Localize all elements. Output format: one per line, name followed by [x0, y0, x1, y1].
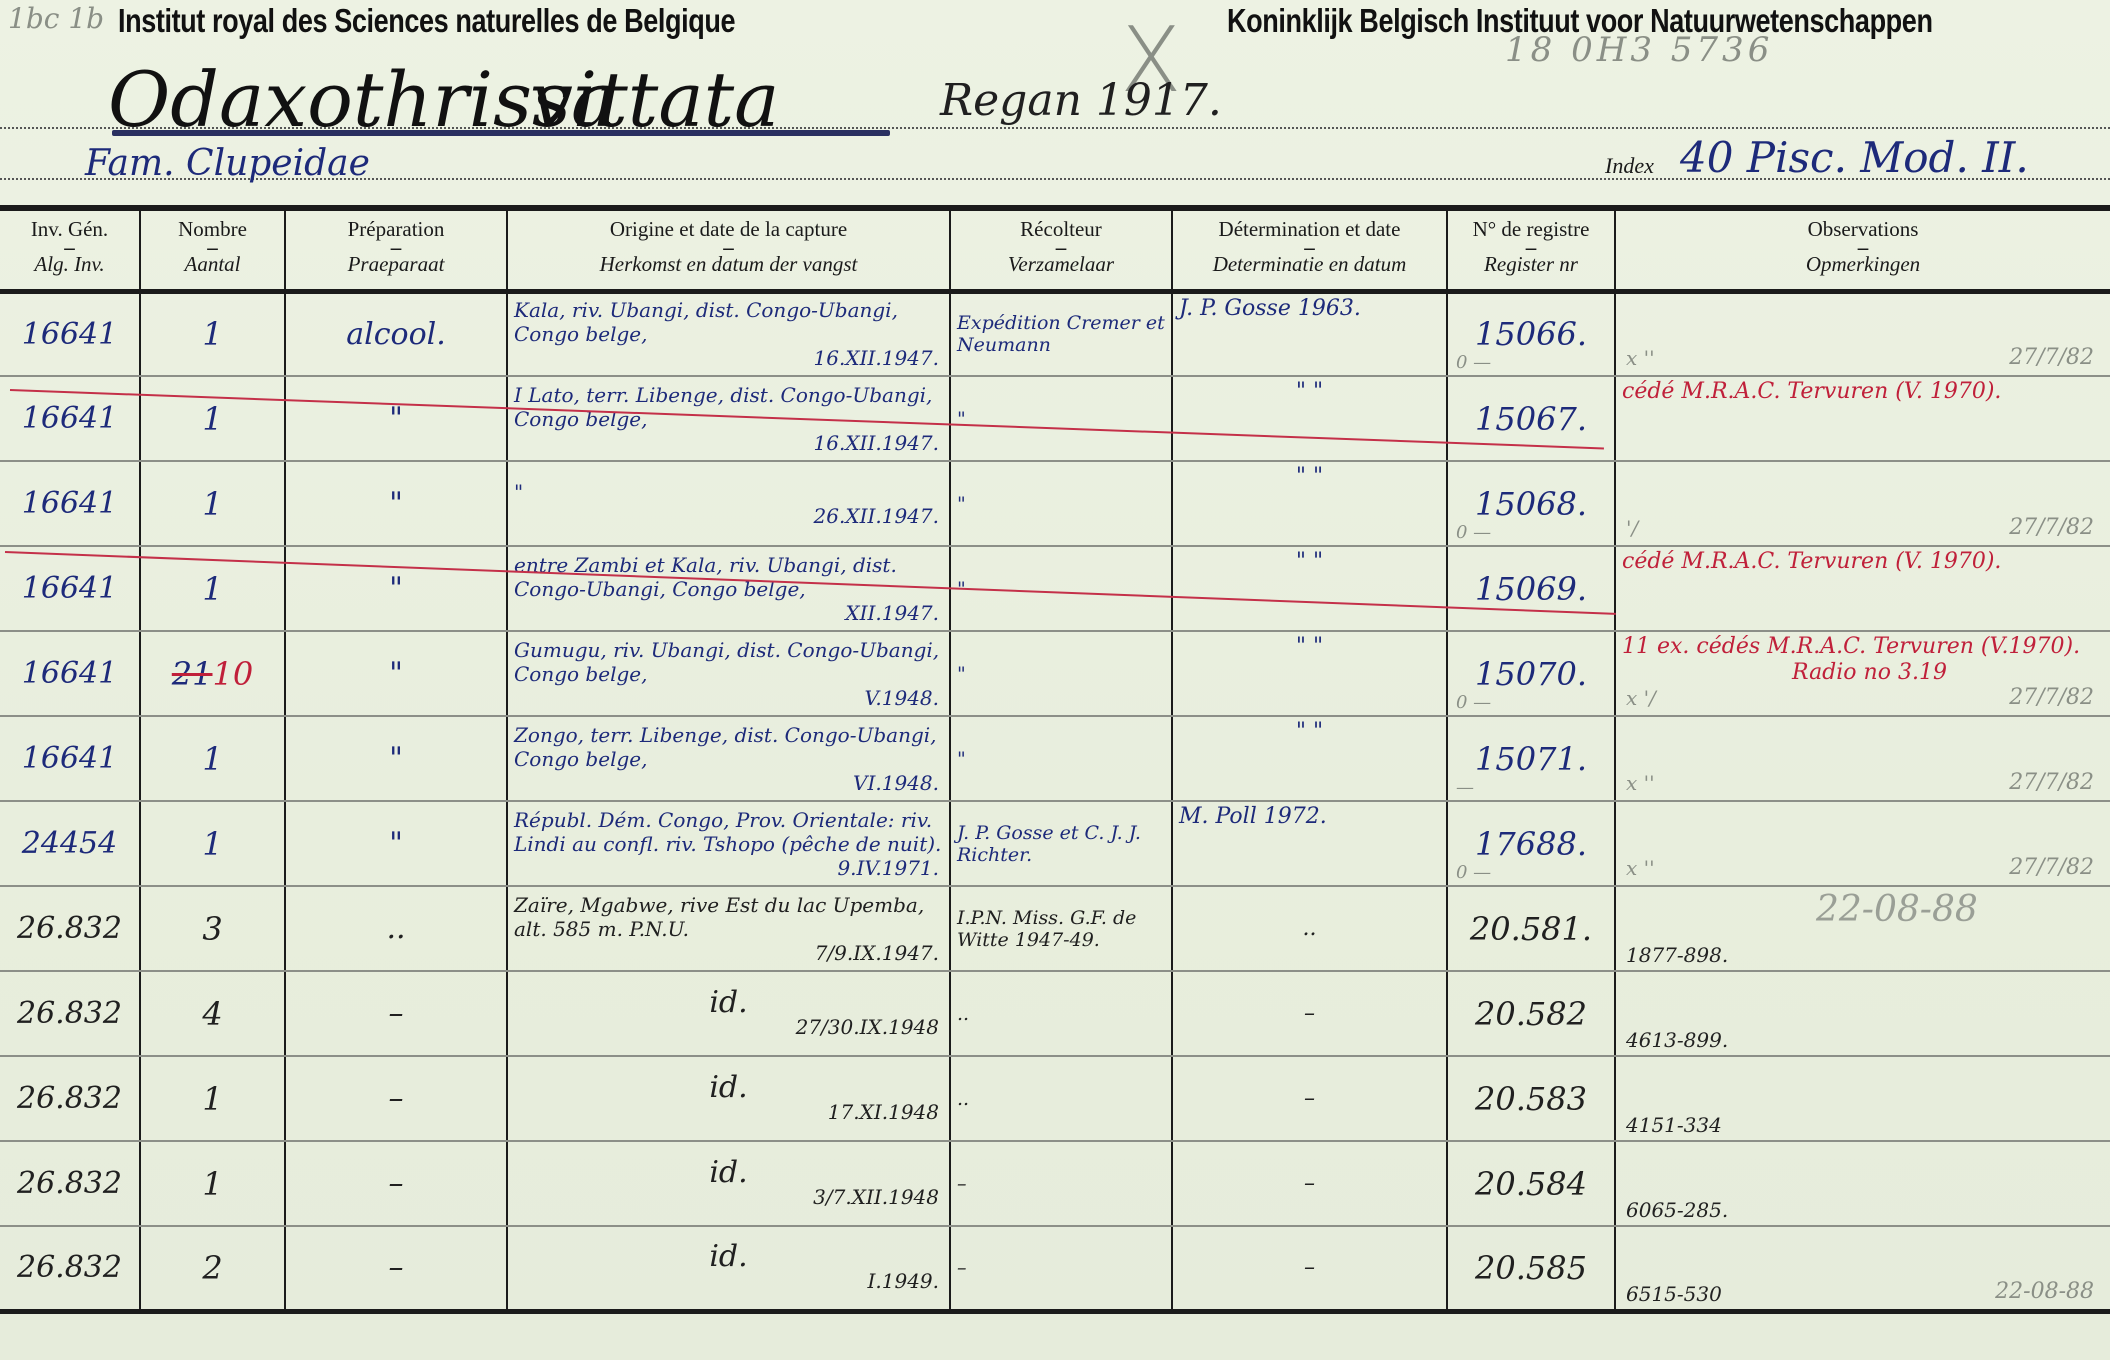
table-row: 26.8324–id.27/30.IX.1948..–20.5824613-89…	[0, 971, 2110, 1056]
observation-red-note: cédé M.R.A.C. Tervuren (V. 1970).	[1622, 549, 2104, 575]
determination: –	[1304, 1255, 1315, 1280]
header-dash: –	[1175, 242, 1444, 252]
determination: J. P. Gosse 1963.	[1179, 296, 1361, 321]
count-corrected: 10	[213, 655, 254, 693]
header-dash: –	[143, 242, 282, 252]
determination: M. Poll 1972.	[1179, 804, 1327, 829]
observation-code: 1877-898.	[1626, 942, 1728, 968]
register-number: 20.581.	[1470, 910, 1592, 948]
header-dash: –	[1618, 242, 2108, 252]
preparation: –	[389, 1250, 404, 1285]
count-cell: 1	[140, 1141, 285, 1226]
table-row: 166411"Zongo, terr. Libenge, dist. Congo…	[0, 716, 2110, 801]
column-label-nl: Verzamelaar	[953, 252, 1169, 277]
corner-pencil-note: 1bc 1b	[8, 6, 104, 32]
observation-code: 4613-899.	[1626, 1027, 1728, 1053]
origin-location: Républ. Dém. Congo, Prov. Orientale: riv…	[514, 808, 943, 856]
origin-location: I Lato, terr. Libenge, dist. Congo-Ubang…	[514, 383, 943, 431]
origin-cell: entre Zambi et Kala, riv. Ubangi, dist. …	[507, 546, 950, 631]
column-label-nl: Praeparaat	[288, 252, 504, 277]
preparation-cell: ..	[285, 886, 507, 971]
count-value: 4	[202, 995, 222, 1033]
capture-date: 16.XII.1947.	[514, 346, 943, 370]
count-cell: 1	[140, 1056, 285, 1141]
observation-code: 6515-530	[1626, 1281, 1722, 1307]
collector: "	[957, 748, 966, 770]
origin-cell: id.17.XI.1948	[507, 1056, 950, 1141]
collector-cell: I.P.N. Miss. G.F. de Witte 1947-49.	[950, 886, 1172, 971]
determination: " "	[1296, 464, 1323, 489]
origin-cell: I Lato, terr. Libenge, dist. Congo-Ubang…	[507, 376, 950, 461]
count-original: 21	[172, 655, 213, 693]
origin-location: id.	[514, 1243, 943, 1269]
origin-cell: Gumugu, riv. Ubangi, dist. Congo-Ubangi,…	[507, 631, 950, 716]
inv-number: 26.832	[17, 911, 122, 946]
family-name: Fam. Clupeidae	[85, 143, 370, 184]
collector: –	[957, 1173, 967, 1195]
inv-number-cell: 26.832	[0, 886, 140, 971]
origin-location: Kala, riv. Ubangi, dist. Congo-Ubangi, C…	[514, 298, 943, 346]
inv-number-cell: 16641	[0, 291, 140, 376]
register-number: 15068.	[1475, 485, 1587, 523]
register-number: 15067.	[1475, 400, 1587, 438]
origin-cell: Républ. Dém. Congo, Prov. Orientale: riv…	[507, 801, 950, 886]
preparation-cell: "	[285, 716, 507, 801]
origin-cell: Zongo, terr. Libenge, dist. Congo-Ubangi…	[507, 716, 950, 801]
institute-name-french: Institut royal des Sciences naturelles d…	[118, 2, 735, 40]
count-cell: 1	[140, 291, 285, 376]
inv-number-cell: 16641	[0, 461, 140, 546]
capture-date: 26.XII.1947.	[514, 504, 943, 528]
count-value: 1	[202, 485, 222, 523]
register-cell: 15071.—	[1447, 716, 1615, 801]
determination-cell: " "	[1172, 631, 1447, 716]
preparation: "	[389, 401, 403, 436]
header-dash: –	[288, 242, 504, 252]
register-cell: 20.581.	[1447, 886, 1615, 971]
inv-number: 26.832	[17, 996, 122, 1031]
register-number: 17688.	[1475, 825, 1587, 863]
preparation-cell: –	[285, 971, 507, 1056]
observation-code: 4151-334	[1626, 1112, 1722, 1138]
origin-cell: id.3/7.XII.1948	[507, 1141, 950, 1226]
register-number: 15071.	[1475, 740, 1587, 778]
column-header: Observations–Opmerkingen	[1615, 211, 2110, 291]
column-label-nl: Determinatie en datum	[1175, 252, 1444, 277]
collector-cell: –	[950, 1141, 1172, 1226]
capture-date: 16.XII.1947.	[514, 431, 943, 455]
observations-cell: 4151-334	[1615, 1056, 2110, 1141]
origin-location: entre Zambi et Kala, riv. Ubangi, dist. …	[514, 553, 943, 601]
capture-date: XII.1947.	[514, 601, 943, 625]
origin-location: id.	[514, 1074, 943, 1100]
table-row: 26.8322–id.I.1949.––20.5856515-53022-08-…	[0, 1226, 2110, 1311]
observations-cell: 4613-899.	[1615, 971, 2110, 1056]
species-name-row: Odaxothrissa vittata Regan 1917. Index 4…	[0, 55, 2110, 135]
count-cell: 1	[140, 461, 285, 546]
table-row: 166411alcool.Kala, riv. Ubangi, dist. Co…	[0, 291, 2110, 376]
determination: " "	[1296, 634, 1323, 659]
collector-cell: ..	[950, 1056, 1172, 1141]
inv-number: 24454	[22, 826, 117, 861]
origin-cell: id.27/30.IX.1948	[507, 971, 950, 1056]
inv-number-cell: 16641	[0, 546, 140, 631]
origin-cell: Kala, riv. Ubangi, dist. Congo-Ubangi, C…	[507, 291, 950, 376]
observation-check-date: 27/7/82	[2009, 855, 2094, 881]
observation-pencil-date: 22-08-88	[1816, 897, 1978, 923]
column-label-nl: Opmerkingen	[1618, 252, 2108, 277]
observations-cell: 1877-898.22-08-88	[1615, 886, 2110, 971]
inv-number: 26.832	[17, 1250, 122, 1285]
observation-check-date: 27/7/82	[2009, 515, 2094, 541]
register-cell: 15068.0 —	[1447, 461, 1615, 546]
observation-check-date: 27/7/82	[2009, 345, 2094, 371]
register-cell: 20.584	[1447, 1141, 1615, 1226]
determination-cell: M. Poll 1972.	[1172, 801, 1447, 886]
collector: I.P.N. Miss. G.F. de Witte 1947-49.	[957, 907, 1136, 951]
inv-number-cell: 26.832	[0, 1226, 140, 1311]
table-row: 166412110"Gumugu, riv. Ubangi, dist. Con…	[0, 631, 2110, 716]
collector: ..	[957, 1088, 969, 1110]
table-row: 244541"Républ. Dém. Congo, Prov. Orienta…	[0, 801, 2110, 886]
inv-number: 26.832	[17, 1166, 122, 1201]
collector: "	[957, 408, 966, 430]
count-value: 3	[202, 910, 222, 948]
collector-cell: "	[950, 376, 1172, 461]
observations-cell: x ''27/7/82	[1615, 716, 2110, 801]
inv-number: 16641	[22, 741, 117, 776]
observations-cell: x ''27/7/82	[1615, 291, 2110, 376]
determination-cell: " "	[1172, 546, 1447, 631]
register-pencil-mark: 0 —	[1456, 692, 1491, 713]
determination-cell: –	[1172, 971, 1447, 1056]
determination: –	[1304, 1086, 1315, 1111]
observations-cell: cédé M.R.A.C. Tervuren (V. 1970).	[1615, 546, 2110, 631]
observation-check-date: 27/7/82	[2009, 770, 2094, 796]
observation-radio-note: Radio no 3.19	[1622, 660, 2104, 686]
preparation-cell: "	[285, 546, 507, 631]
preparation: "	[389, 656, 403, 691]
register-cell: 15066.0 —	[1447, 291, 1615, 376]
register-number: 15069.	[1475, 570, 1587, 608]
count-value: 1	[202, 400, 222, 438]
observations-cell: '/27/7/82	[1615, 461, 2110, 546]
count-cell: 2110	[140, 631, 285, 716]
determination: " "	[1296, 719, 1323, 744]
determination: –	[1304, 1171, 1315, 1196]
preparation-cell: "	[285, 461, 507, 546]
determination-cell: J. P. Gosse 1963.	[1172, 291, 1447, 376]
preparation: ..	[386, 911, 405, 946]
inv-number: 26.832	[17, 1081, 122, 1116]
preparation: –	[389, 996, 404, 1031]
preparation-cell: "	[285, 631, 507, 716]
inv-number-cell: 26.832	[0, 1056, 140, 1141]
determination-cell: " "	[1172, 376, 1447, 461]
specimen-register-table: Inv. Gén.–Alg. Inv.Nombre–AantalPréparat…	[0, 211, 2110, 1314]
observations-cell: x ''27/7/82	[1615, 801, 2110, 886]
collector: "	[957, 663, 966, 685]
preparation: "	[389, 741, 403, 776]
preparation-cell: –	[285, 1056, 507, 1141]
preparation: –	[389, 1166, 404, 1201]
column-header: Inv. Gén.–Alg. Inv.	[0, 211, 140, 291]
inv-number-cell: 16641	[0, 716, 140, 801]
register-cell: 17688.0 —	[1447, 801, 1615, 886]
count-value: 1	[202, 570, 222, 608]
column-header: Origine et date de la capture–Herkomst e…	[507, 211, 950, 291]
register-pencil-mark: 0 —	[1456, 862, 1491, 883]
observations-cell: 6515-53022-08-88	[1615, 1226, 2110, 1311]
preparation: alcool.	[346, 317, 446, 352]
inv-number: 16641	[22, 571, 117, 606]
observation-check-mark: x ''	[1626, 855, 1655, 881]
column-label-nl: Register nr	[1450, 252, 1612, 277]
observations-cell: cédé M.R.A.C. Tervuren (V. 1970).	[1615, 376, 2110, 461]
collector-cell: –	[950, 1226, 1172, 1311]
collector-cell: "	[950, 631, 1172, 716]
register-number: 20.582	[1475, 995, 1587, 1033]
register-number: 15066.	[1475, 315, 1587, 353]
observation-code: 6065-285.	[1626, 1197, 1728, 1223]
observation-check-mark: x ''	[1626, 345, 1655, 371]
header-dash: –	[1450, 242, 1612, 252]
origin-location: Gumugu, riv. Ubangi, dist. Congo-Ubangi,…	[514, 638, 943, 686]
count-cell: 3	[140, 886, 285, 971]
count-cell: 1	[140, 716, 285, 801]
inv-number-cell: 26.832	[0, 971, 140, 1056]
count-value: 1	[202, 1165, 222, 1203]
species-underline	[112, 130, 890, 136]
determination-cell: –	[1172, 1226, 1447, 1311]
preparation-cell: "	[285, 376, 507, 461]
observation-check-mark: '/	[1626, 515, 1638, 541]
column-label-nl: Herkomst en datum der vangst	[510, 252, 947, 277]
register-pencil-mark: 0 —	[1456, 352, 1491, 373]
table-row: 26.8323..Zaïre, Mgabwe, rive Est du lac …	[0, 886, 2110, 971]
register-pencil-mark: —	[1456, 777, 1474, 798]
determination-cell: " "	[1172, 461, 1447, 546]
capture-date: 9.IV.1971.	[514, 856, 943, 880]
count-cell: 4	[140, 971, 285, 1056]
table-header-row: Inv. Gén.–Alg. Inv.Nombre–AantalPréparat…	[0, 211, 2110, 291]
table-row: 166411"entre Zambi et Kala, riv. Ubangi,…	[0, 546, 2110, 631]
origin-location: Zongo, terr. Libenge, dist. Congo-Ubangi…	[514, 723, 943, 771]
collector-cell: J. P. Gosse et C. J. J. Richter.	[950, 801, 1172, 886]
header-dash: –	[953, 242, 1169, 252]
register-number: 20.583	[1475, 1080, 1587, 1118]
capture-date: 7/9.IX.1947.	[514, 941, 943, 965]
column-header: Nombre–Aantal	[140, 211, 285, 291]
determination: " "	[1296, 379, 1323, 404]
table-row: 26.8321–id.3/7.XII.1948––20.5846065-285.	[0, 1141, 2110, 1226]
column-header: Détermination et date–Determinatie en da…	[1172, 211, 1447, 291]
count-value: 1	[202, 825, 222, 863]
column-label-nl: Alg. Inv.	[2, 252, 137, 277]
collector: –	[957, 1257, 967, 1279]
observation-check-date: 22-08-88	[1995, 1279, 2094, 1305]
collector: "	[957, 493, 966, 515]
collector: J. P. Gosse et C. J. J. Richter.	[957, 822, 1141, 866]
preparation: –	[389, 1081, 404, 1116]
origin-location: id.	[514, 1159, 943, 1185]
count-value: 1	[202, 1080, 222, 1118]
header-dash: –	[510, 242, 947, 252]
inv-number-cell: 24454	[0, 801, 140, 886]
column-header: Préparation–Praeparaat	[285, 211, 507, 291]
index-value: 40 Pisc. Mod. II.	[1680, 133, 2029, 182]
determination: " "	[1296, 549, 1323, 574]
column-header: N° de registre–Register nr	[1447, 211, 1615, 291]
collector-cell: "	[950, 461, 1172, 546]
inv-number-cell: 16641	[0, 631, 140, 716]
table-row: 166411""26.XII.1947."" "15068.0 — '/27/7…	[0, 461, 2110, 546]
preparation-cell: –	[285, 1226, 507, 1311]
origin-cell: "26.XII.1947.	[507, 461, 950, 546]
preparation-cell: –	[285, 1141, 507, 1226]
origin-location: "	[514, 480, 943, 504]
table-row: 166411"I Lato, terr. Libenge, dist. Cong…	[0, 376, 2110, 461]
index-label: Index	[1605, 153, 1654, 179]
register-cell: 20.585	[1447, 1226, 1615, 1311]
register-number: 15070.	[1475, 655, 1587, 693]
determination-cell: ..	[1172, 886, 1447, 971]
count-value: 2	[202, 1249, 222, 1287]
collector: Expédition Cremer et Neumann	[957, 312, 1165, 356]
preparation: "	[389, 571, 403, 606]
determination: –	[1304, 1001, 1315, 1026]
capture-date: VI.1948.	[514, 771, 943, 795]
column-label-nl: Aantal	[143, 252, 282, 277]
origin-location: Zaïre, Mgabwe, rive Est du lac Upemba, a…	[514, 893, 943, 941]
determination-cell: –	[1172, 1141, 1447, 1226]
inv-number: 16641	[22, 486, 117, 521]
register-number: 20.584	[1475, 1165, 1587, 1203]
count-cell: 2	[140, 1226, 285, 1311]
inv-number: 16641	[22, 401, 117, 436]
inv-number-cell: 26.832	[0, 1141, 140, 1226]
collector-cell: "	[950, 716, 1172, 801]
count-value: 1	[202, 740, 222, 778]
collector-cell: Expédition Cremer et Neumann	[950, 291, 1172, 376]
collector-cell: ..	[950, 971, 1172, 1056]
determination-cell: –	[1172, 1056, 1447, 1141]
specimen-index-card: 1bc 1b Institut royal des Sciences natur…	[0, 0, 2110, 1360]
preparation-cell: alcool.	[285, 291, 507, 376]
register-cell: 15070.0 —	[1447, 631, 1615, 716]
species-author: Regan 1917.	[940, 75, 1222, 126]
observations-cell: 11 ex. cédés M.R.A.C. Tervuren (V.1970).…	[1615, 631, 2110, 716]
origin-location: id.	[514, 989, 943, 1015]
capture-date: V.1948.	[514, 686, 943, 710]
determination-cell: " "	[1172, 716, 1447, 801]
header-dash: –	[2, 242, 137, 252]
observations-cell: 6065-285.	[1615, 1141, 2110, 1226]
count-cell: 1	[140, 376, 285, 461]
origin-cell: Zaïre, Mgabwe, rive Est du lac Upemba, a…	[507, 886, 950, 971]
inv-number: 16641	[22, 656, 117, 691]
determination: ..	[1303, 916, 1317, 941]
origin-cell: id.I.1949.	[507, 1226, 950, 1311]
observation-red-note: cédé M.R.A.C. Tervuren (V. 1970).	[1622, 379, 2104, 405]
register-cell: 20.583	[1447, 1056, 1615, 1141]
register-cell: 20.582	[1447, 971, 1615, 1056]
preparation-cell: "	[285, 801, 507, 886]
register-cell: 15069.	[1447, 546, 1615, 631]
observation-check-mark: x ''	[1626, 770, 1655, 796]
table-row: 26.8321–id.17.XI.1948..–20.5834151-334	[0, 1056, 2110, 1141]
register-pencil-mark: 0 —	[1456, 522, 1491, 543]
inv-number: 16641	[22, 317, 117, 352]
preparation: "	[389, 826, 403, 861]
collector: ..	[957, 1003, 969, 1025]
column-header: Récolteur–Verzamelaar	[950, 211, 1172, 291]
count-cell: 1	[140, 801, 285, 886]
register-number: 20.585	[1475, 1249, 1587, 1287]
observation-check-mark: x '/	[1626, 685, 1656, 711]
count-value: 1	[202, 315, 222, 353]
observation-check-date: 27/7/82	[2009, 685, 2094, 711]
preparation: "	[389, 486, 403, 521]
observation-red-note: 11 ex. cédés M.R.A.C. Tervuren (V.1970).	[1622, 634, 2104, 660]
